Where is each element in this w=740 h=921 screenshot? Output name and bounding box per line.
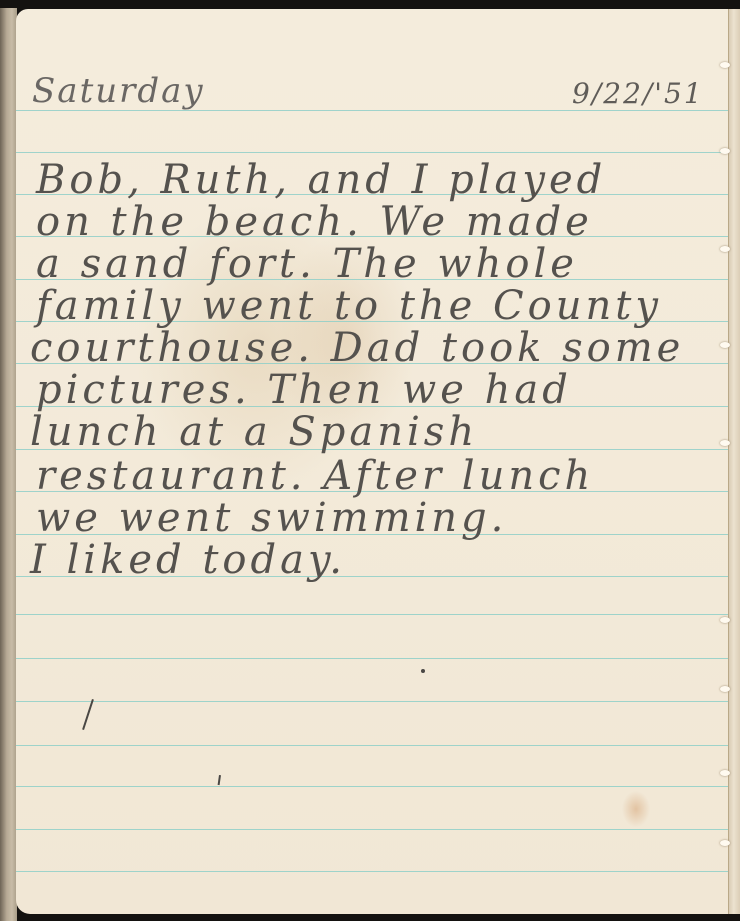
binding-hole: [720, 686, 730, 692]
binding-hole: [720, 148, 730, 154]
body-line-2: on the beach. We made: [36, 199, 593, 245]
ruled-line: [16, 658, 729, 659]
body-line-10: I liked today.: [30, 537, 346, 583]
body-line-7: lunch at a Spanish: [30, 409, 478, 455]
ruled-line: [16, 786, 729, 787]
stray-pencil-mark: [218, 775, 221, 785]
binding-hole: [720, 62, 730, 68]
binding-hole: [720, 342, 730, 348]
page-stack-edge: [728, 9, 740, 914]
body-line-9: we went swimming.: [36, 495, 507, 541]
body-line-8: restaurant. After lunch: [36, 453, 594, 499]
binding-hole: [720, 617, 730, 623]
diary-heading-day: Saturday: [32, 71, 205, 111]
diary-page: Saturday 9/22/'51 Bob, Ruth, and I playe…: [16, 9, 729, 914]
diary-date: 9/22/'51: [572, 77, 704, 110]
body-line-3: a sand fort. The whole: [36, 241, 578, 287]
body-line-4: family went to the County: [36, 283, 662, 329]
ruled-line: [16, 614, 729, 615]
stray-pencil-dot: [421, 669, 425, 673]
body-line-6: pictures. Then we had: [36, 367, 572, 413]
binding-hole: [720, 840, 730, 846]
binding-hole: [720, 440, 730, 446]
ruled-line: [16, 152, 729, 153]
ruled-line: [16, 829, 729, 830]
binding-hole: [720, 246, 730, 252]
body-line-1: Bob, Ruth, and I played: [36, 157, 606, 203]
binding-hole: [720, 770, 730, 776]
ruled-line: [16, 871, 729, 872]
notebook-binding-left: [0, 8, 17, 921]
ruled-line: [16, 745, 729, 746]
ruled-line: [16, 701, 729, 702]
stray-pencil-mark: [82, 699, 94, 730]
body-line-5: courthouse. Dad took some: [30, 325, 684, 371]
